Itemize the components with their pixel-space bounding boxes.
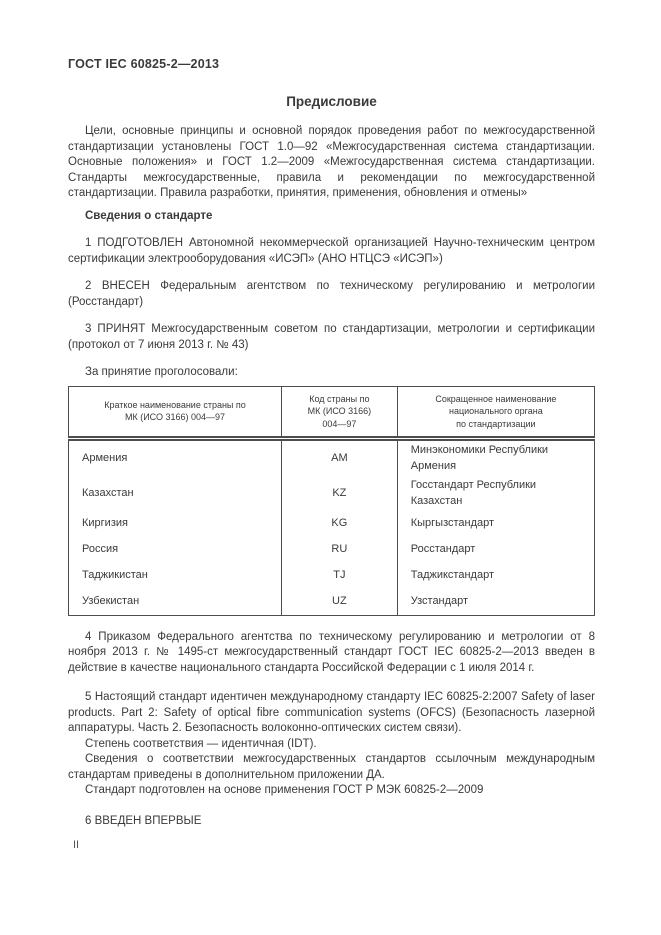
conformity-line: Степень соответствия — идентичная (IDT). — [68, 737, 595, 753]
vote-intro-line: За принятие проголосовали: — [68, 365, 595, 381]
cell-code: RU — [282, 537, 398, 563]
foreword-item-4: 4 Приказом Федерального агентства по тех… — [68, 630, 595, 677]
vote-table-header: Краткое наименование страны по МК (ИСО 3… — [69, 386, 595, 439]
table-row: Узбекистан UZ Узстандарт — [69, 589, 595, 615]
vote-table-body: Армения AM Минэкономики Республики Армен… — [69, 439, 595, 616]
standard-info-heading: Сведения о стандарте — [68, 209, 595, 225]
page-title: Предисловие — [68, 94, 595, 110]
foreword-item-3: 3 ПРИНЯТ Межгосударственным советом по с… — [68, 322, 595, 353]
intro-paragraph: Цели, основные принципы и основной поряд… — [68, 124, 595, 202]
table-header-row: Краткое наименование страны по МК (ИСО 3… — [69, 386, 595, 439]
table-row: Россия RU Росстандарт — [69, 537, 595, 563]
cell-org: Госстандарт Республики Казахстан — [397, 476, 594, 511]
cell-code: KG — [282, 511, 398, 537]
header-cell-org: Сокращенное наименование национального о… — [397, 386, 594, 439]
document-page: ГОСТ IEC 60825-2—2013 Предисловие Цели, … — [0, 0, 661, 935]
foreword-item-1: 1 ПОДГОТОВЛЕН Автономной некоммерческой … — [68, 236, 595, 267]
table-row: Киргизия KG Кыргызстандарт — [69, 511, 595, 537]
header-cell-code: Код страны по МК (ИСО 3166) 004—97 — [282, 386, 398, 439]
foreword-item-5: 5 Настоящий стандарт идентичен междунаро… — [68, 690, 595, 737]
cell-org: Таджикстандарт — [397, 563, 594, 589]
foreword-item-2: 2 ВНЕСЕН Федеральным агентством по техни… — [68, 279, 595, 310]
cell-country: Россия — [69, 537, 282, 563]
cell-org: Кыргызстандарт — [397, 511, 594, 537]
page-number: II — [73, 838, 79, 854]
table-row: Армения AM Минэкономики Республики Армен… — [69, 439, 595, 477]
cell-country: Казахстан — [69, 476, 282, 511]
cell-country: Киргизия — [69, 511, 282, 537]
header-cell-country: Краткое наименование страны по МК (ИСО 3… — [69, 386, 282, 439]
reference-note-line: Сведения о соответствии межгосударственн… — [68, 752, 595, 783]
table-row: Таджикистан TJ Таджикстандарт — [69, 563, 595, 589]
cell-org: Росстандарт — [397, 537, 594, 563]
cell-country: Таджикистан — [69, 563, 282, 589]
basis-line: Стандарт подготовлен на основе применени… — [68, 783, 595, 799]
vote-table: Краткое наименование страны по МК (ИСО 3… — [68, 386, 595, 616]
cell-code: KZ — [282, 476, 398, 511]
cell-code: UZ — [282, 589, 398, 615]
table-row: Казахстан KZ Госстандарт Республики Каза… — [69, 476, 595, 511]
cell-code: AM — [282, 439, 398, 477]
foreword-item-6: 6 ВВЕДЕН ВПЕРВЫЕ — [68, 814, 595, 830]
cell-code: TJ — [282, 563, 398, 589]
cell-country: Армения — [69, 439, 282, 477]
cell-org: Минэкономики Республики Армения — [397, 439, 594, 477]
doc-header: ГОСТ IEC 60825-2—2013 — [68, 57, 595, 73]
cell-org: Узстандарт — [397, 589, 594, 615]
cell-country: Узбекистан — [69, 589, 282, 615]
